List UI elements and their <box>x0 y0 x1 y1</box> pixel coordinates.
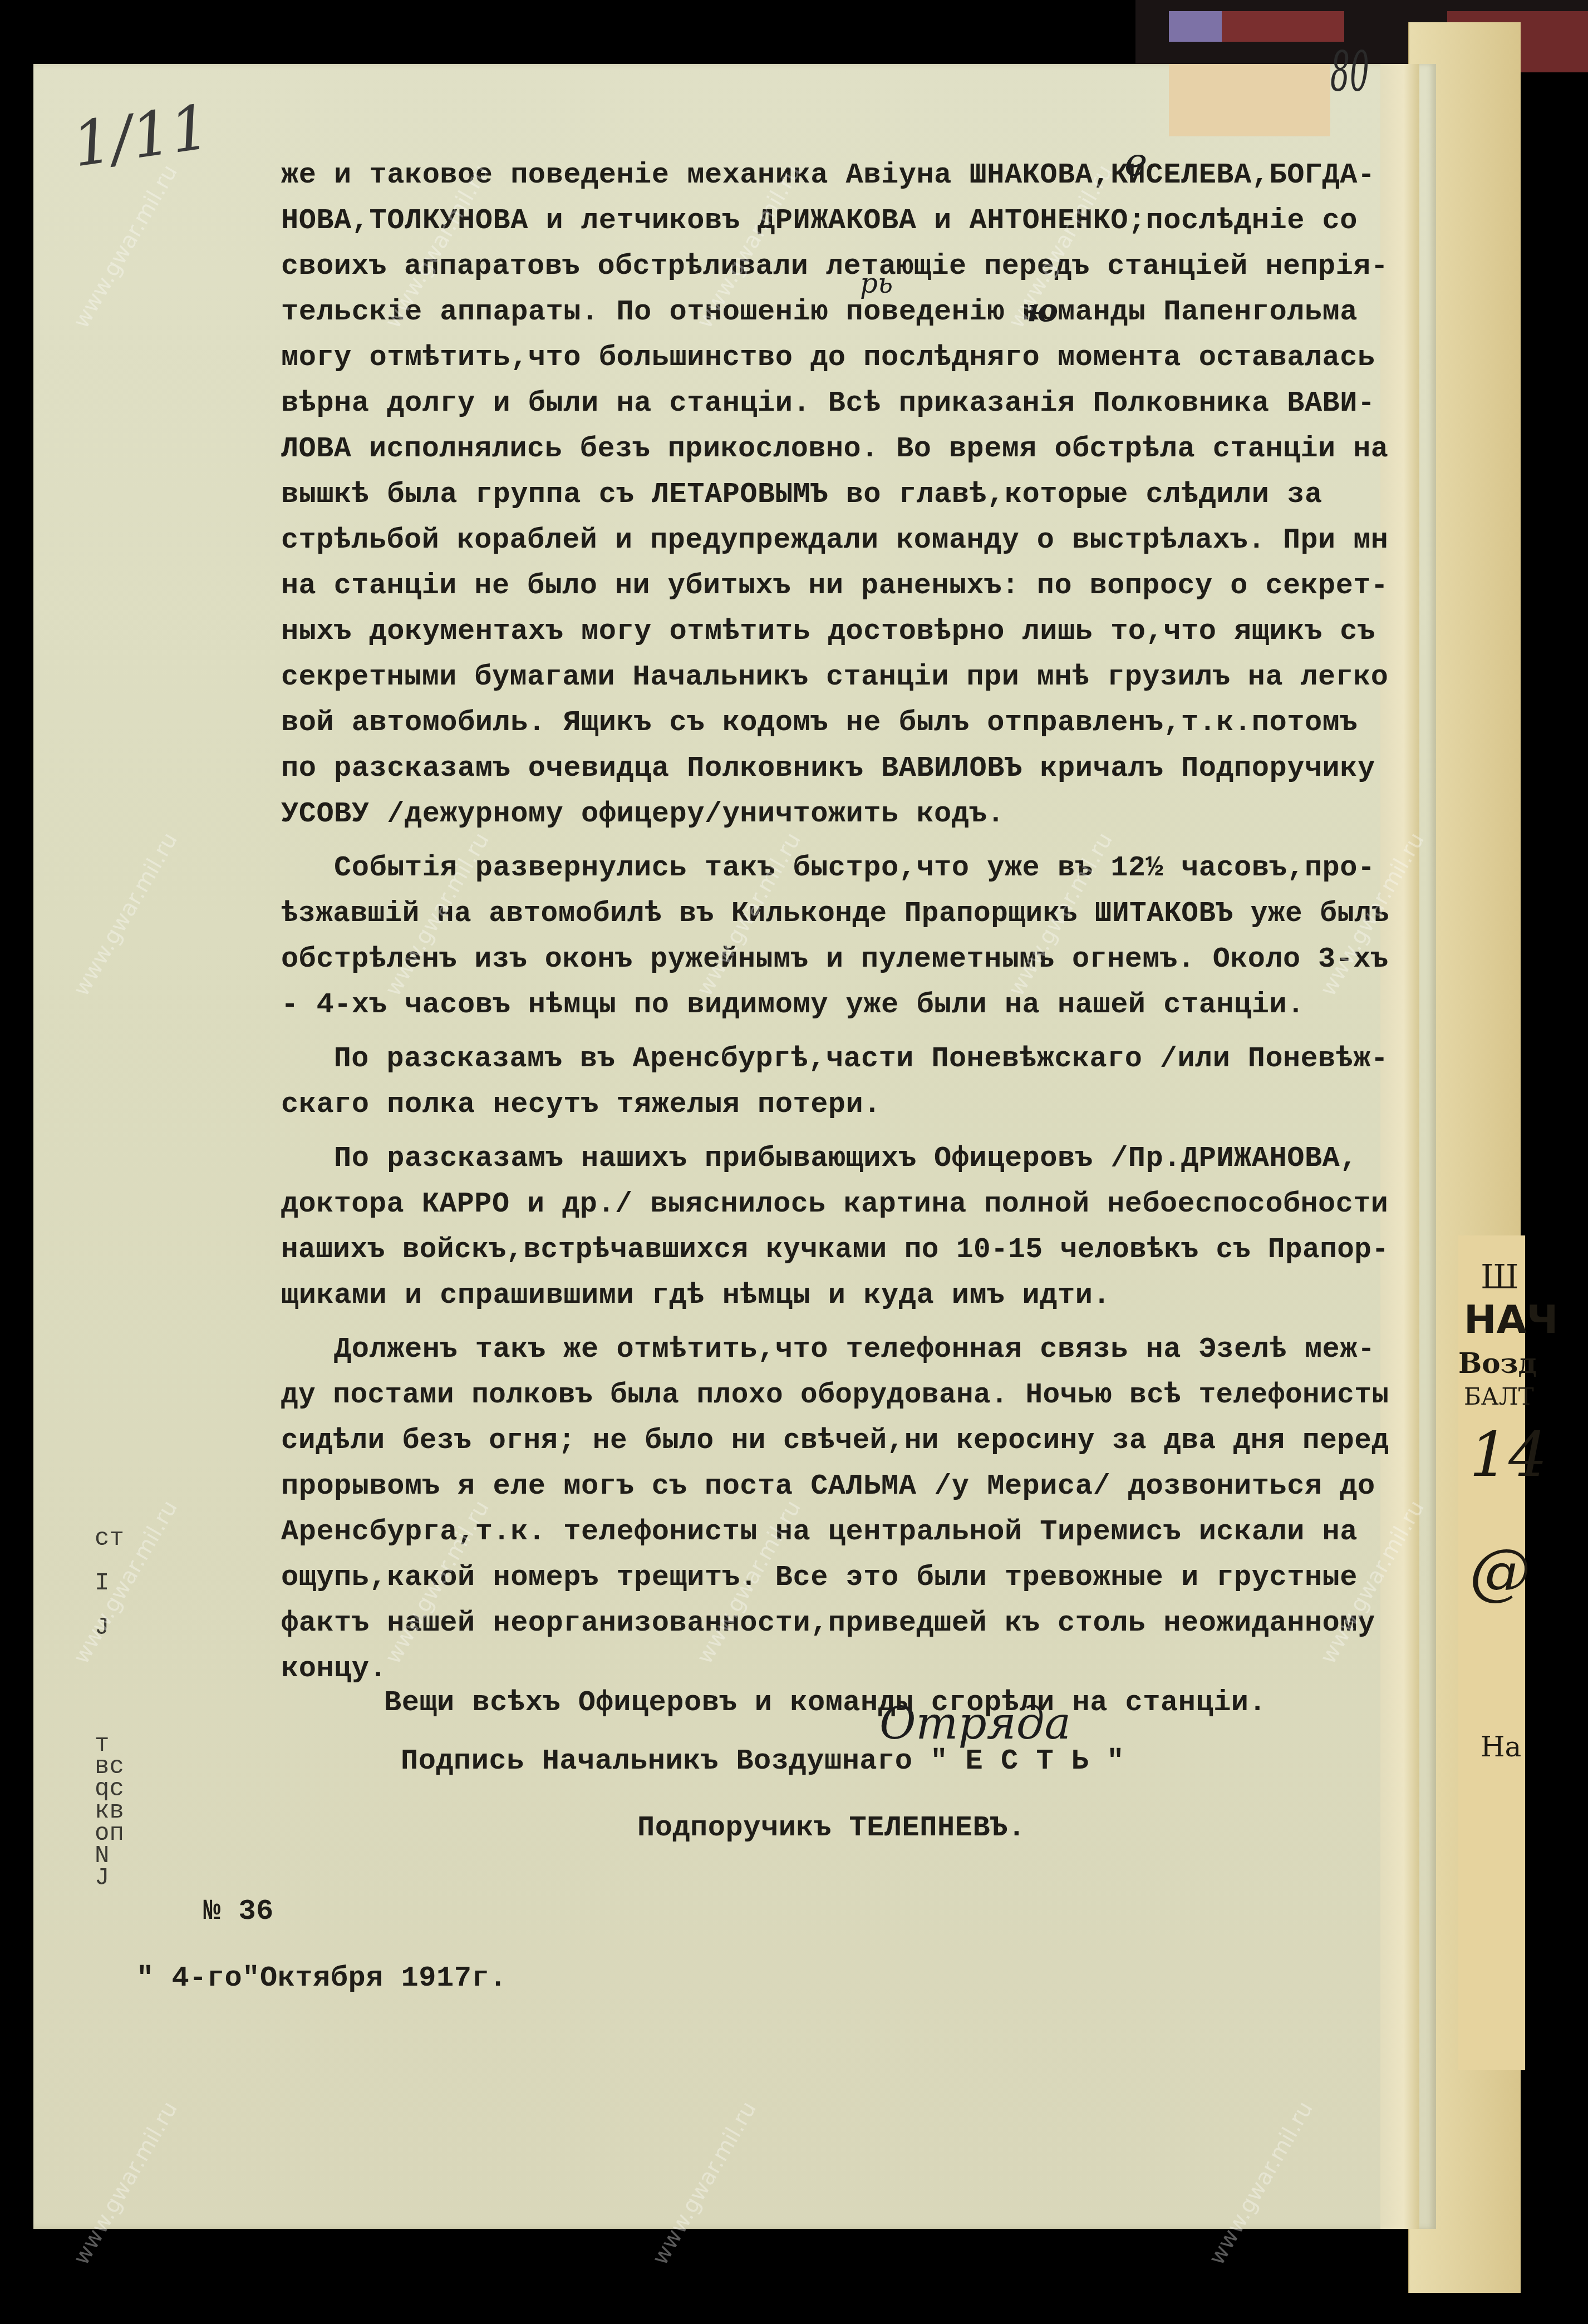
ghost-letter: J <box>95 1614 109 1642</box>
text-line: вой автомобиль. Ящикъ съ кодомъ не былъ … <box>281 706 1358 739</box>
text-line: ду постами полковъ была плохо оборудован… <box>281 1378 1389 1411</box>
handwritten-signature-insert: Отряда <box>879 1697 1071 1749</box>
text-line: - 4-хъ часовъ нѣмцы по видимому уже были… <box>281 988 1305 1021</box>
ghost-letter: J <box>95 1864 109 1892</box>
handwritten-number: 14 <box>1469 1419 1547 1490</box>
text-line: сидѣли безъ огня; не было ни свѣчей,ни к… <box>281 1424 1389 1457</box>
handwritten-correction: рь <box>860 267 893 299</box>
text-line: обстрѣленъ изъ оконъ ружейнымъ и пулемет… <box>281 943 1388 976</box>
text-line: вышкѣ была группа съ ЛЕТАРОВЫМЪ во главѣ… <box>281 478 1322 511</box>
document-number: № 36 <box>203 1895 274 1928</box>
text-line: щиками и спрашившими гдѣ нѣмцы и куда им… <box>281 1279 1110 1312</box>
text-line: ощупь,какой номеръ трещитъ. Все это были… <box>281 1561 1358 1594</box>
text-line: стрѣльбой кораблей и предупреждали коман… <box>281 524 1388 557</box>
signer-name: Подпоручикъ ТЕЛЕПНЕВЪ. <box>637 1811 1026 1844</box>
text-line: Аренсбурга,т.к. телефонисты на центральн… <box>281 1515 1358 1548</box>
letterhead-footer: На <box>1481 1731 1521 1763</box>
text-line: По разсказамъ въ Аренсбургѣ,части Поневѣ… <box>281 1042 1388 1075</box>
page-edge <box>1380 64 1419 2229</box>
text-line: своихъ аппаратовъ обстрѣливали летающiе … <box>281 250 1388 283</box>
letterhead-line-4: БАЛТ <box>1464 1383 1534 1410</box>
text-line: вѣрна долгу и были на станцiи. Всѣ прика… <box>281 387 1375 420</box>
ghost-letter: ст <box>95 1525 124 1553</box>
text-line: НОВА,ТОЛКУНОВА и летчиковъ ДРИЖАКОВА и А… <box>281 204 1358 237</box>
binding-cover-red <box>1222 11 1344 42</box>
handwritten-correction: ю <box>1027 292 1058 329</box>
repair-tape <box>1169 64 1330 136</box>
text-line: ныхъ документахъ могу отмѣтить достовѣрн… <box>281 615 1375 648</box>
document-date: " 4-го"Октября 1917г. <box>136 1962 507 1995</box>
text-line: По разсказамъ нашихъ прибывающихъ Офицер… <box>281 1142 1358 1175</box>
text-line: секретными бумагами Начальникъ станцiи п… <box>281 661 1388 693</box>
text-line: доктора КАРРО и др./ выяснилось картина … <box>281 1188 1388 1220</box>
letterhead-line-1: Ш <box>1481 1258 1518 1297</box>
text-line: на станцiи не было ни убитыхъ ни раненых… <box>281 569 1388 602</box>
letterhead-line-2: НАЧ <box>1464 1297 1558 1342</box>
handwritten-correction: е <box>1124 139 1147 185</box>
signature-line: Подпись Начальникъ Воздушнаго " Е С Т Ь … <box>401 1745 1124 1778</box>
text-line: Долженъ такъ же отмѣтить,что телефонная … <box>281 1333 1375 1366</box>
ghost-letter: I <box>95 1569 109 1597</box>
letterhead-line-3: Возд <box>1458 1347 1537 1380</box>
text-line: же и таковое поведенiе механика Авiуна Ш… <box>281 159 1375 191</box>
binding-ribbon-purple <box>1169 11 1222 42</box>
text-line: прорывомъ я еле могъ съ поста САЛЬМА /у … <box>281 1470 1375 1503</box>
back-sheet-letterhead: Ш НАЧ Возд БАЛТ 14 @ На <box>1458 1235 1525 2070</box>
text-line: по разсказамъ очевидца Полковникъ ВАВИЛО… <box>281 752 1375 785</box>
folio-number: 80 <box>1330 39 1369 104</box>
text-line: ѣзжавшiй на автомобилѣ въ Кильконде Прап… <box>281 897 1389 930</box>
text-line: могу отмѣтить,что большинство до послѣдн… <box>281 341 1375 374</box>
text-line: УСОВУ /дежурному офицеру/уничтожить кодъ… <box>281 797 1005 830</box>
closing-line: Вещи всѣхъ Офицеровъ и команды сгорѣли н… <box>384 1686 1266 1719</box>
text-line: тельскiе аппараты. По отношенiю поведенi… <box>281 296 1358 328</box>
text-line: ЛОВА исполнялись безъ прикословно. Во вр… <box>281 432 1388 465</box>
text-line: скаго полка несутъ тяжелыя потери. <box>281 1088 881 1121</box>
text-line: концу. <box>281 1652 387 1685</box>
text-line: фактъ нашей неорганизованности,приведшей… <box>281 1607 1375 1639</box>
text-line: нашихъ войскъ,встрѣчавшихся кучками по 1… <box>281 1233 1389 1266</box>
flourish-icon: @ <box>1469 1536 1531 1607</box>
text-line: Событiя развернулись такъ быстро,что уже… <box>281 851 1375 884</box>
